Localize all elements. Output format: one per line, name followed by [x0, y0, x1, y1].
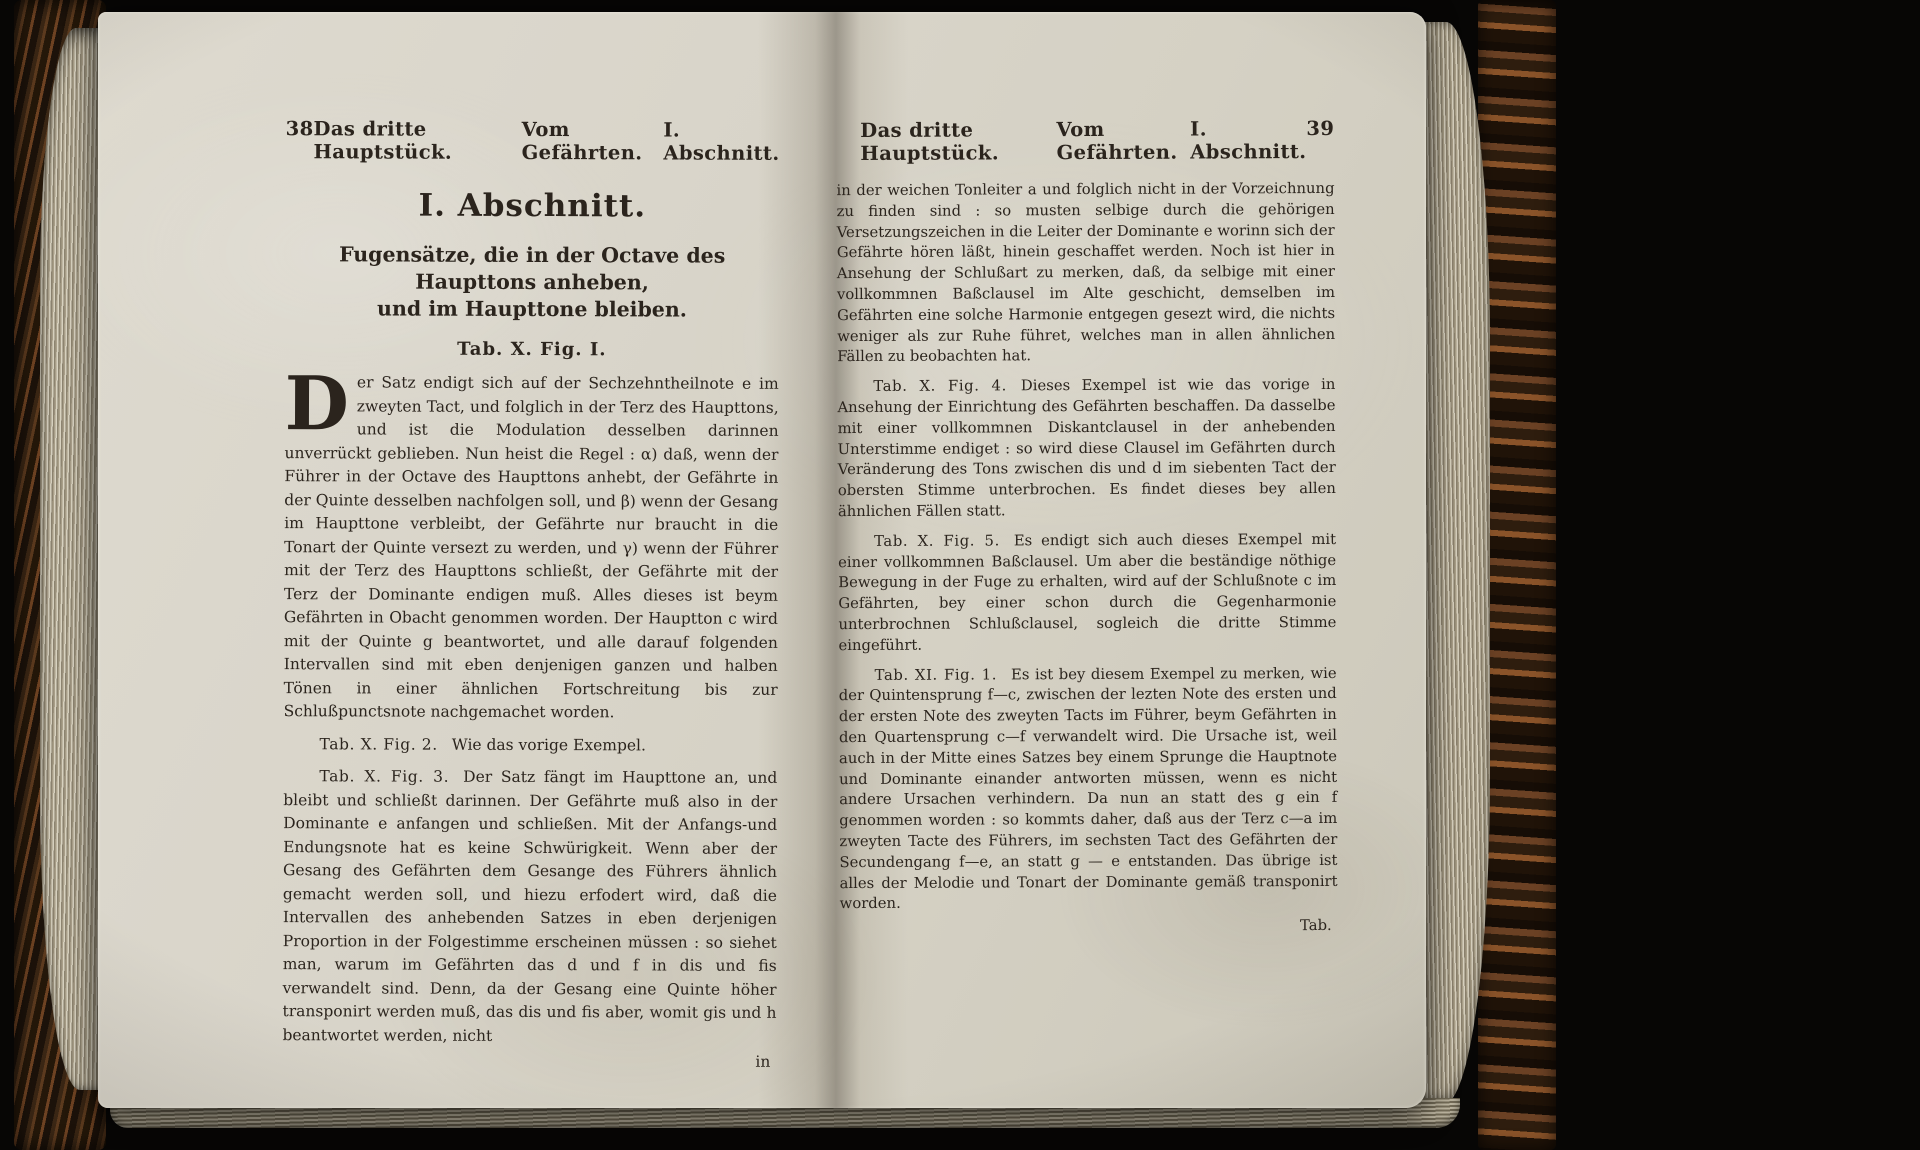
body-paragraph: Tab. X. Fig. 2.Wie das vorige Exempel.: [283, 733, 777, 758]
paragraph-text: Wie das vorige Exempel.: [452, 735, 646, 754]
drop-cap: D: [285, 371, 357, 433]
figure-label: Tab. X. Fig. 5.: [874, 532, 1014, 550]
subtitle-line: Fugensätze, die in der Octave des Hauptt…: [339, 242, 725, 294]
running-title-part: Das dritte Hauptstück.: [860, 118, 1056, 165]
running-title-part: Vom Gefährten.: [1056, 118, 1190, 165]
body-paragraph: Tab. X. Fig. 4.Dieses Exempel ist wie da…: [837, 375, 1336, 523]
paragraph-text: in der weichen Tonleiter a und folglich …: [836, 180, 1335, 366]
section-heading: I. Abschnitt.: [285, 187, 779, 225]
running-title-part: Vom Gefährten.: [522, 118, 664, 164]
body-paragraph: Tab. X. Fig. 5.Es endigt sich auch diese…: [838, 530, 1337, 657]
left-running-head: 38 Das dritte Hauptstück. Vom Gefährten.…: [286, 117, 780, 165]
body-paragraph: Tab. X. Fig. 3.Der Satz fängt im Hauptto…: [282, 765, 777, 1049]
left-page: 38 Das dritte Hauptstück. Vom Gefährten.…: [282, 117, 779, 1071]
left-page-number: 38: [286, 117, 314, 140]
book-photo: 38 Das dritte Hauptstück. Vom Gefährten.…: [0, 0, 1920, 1150]
body-paragraph: in der weichen Tonleiter a und folglich …: [836, 179, 1335, 368]
running-title-part: I. Abschnitt.: [663, 118, 779, 164]
paragraph-text: er Satz endigt sich auf der Sechzehnthei…: [284, 373, 779, 721]
chapter-subtitle: Fugensätze, die in der Octave des Hauptt…: [285, 241, 779, 324]
paragraph-text: Dieses Exempel ist wie das vorige in Ans…: [837, 376, 1335, 520]
running-title-part: I. Abschnitt.: [1190, 117, 1306, 164]
figure-label: Tab. X. Fig. 2.: [319, 735, 451, 753]
right-page-number: 39: [1306, 117, 1334, 140]
running-title-part: Das dritte Hauptstück.: [313, 117, 521, 164]
catchword: Tab.: [840, 917, 1338, 936]
catchword: in: [282, 1051, 776, 1071]
right-running-head: Das dritte Hauptstück. Vom Gefährten. I.…: [836, 117, 1334, 165]
paragraph-text: Der Satz fängt im Haupttone an, und blei…: [282, 768, 777, 1045]
right-page: Das dritte Hauptstück. Vom Gefährten. I.…: [836, 117, 1338, 936]
body-paragraph: Der Satz endigt sich auf der Sechzehnthe…: [284, 371, 779, 725]
figure-label: Tab. X. Fig. 4.: [873, 377, 1021, 395]
body-paragraph: Tab. XI. Fig. 1.Es ist bey diesem Exempe…: [839, 663, 1338, 915]
figure-label: Tab. X. Fig. 3.: [319, 767, 463, 786]
figure-caption: Tab. X. Fig. I.: [285, 338, 779, 361]
paragraph-text: Es ist bey diesem Exempel zu merken, wie…: [839, 664, 1338, 912]
subtitle-line: und im Haupttone bleiben.: [377, 296, 687, 321]
figure-label: Tab. XI. Fig. 1.: [875, 666, 1011, 684]
